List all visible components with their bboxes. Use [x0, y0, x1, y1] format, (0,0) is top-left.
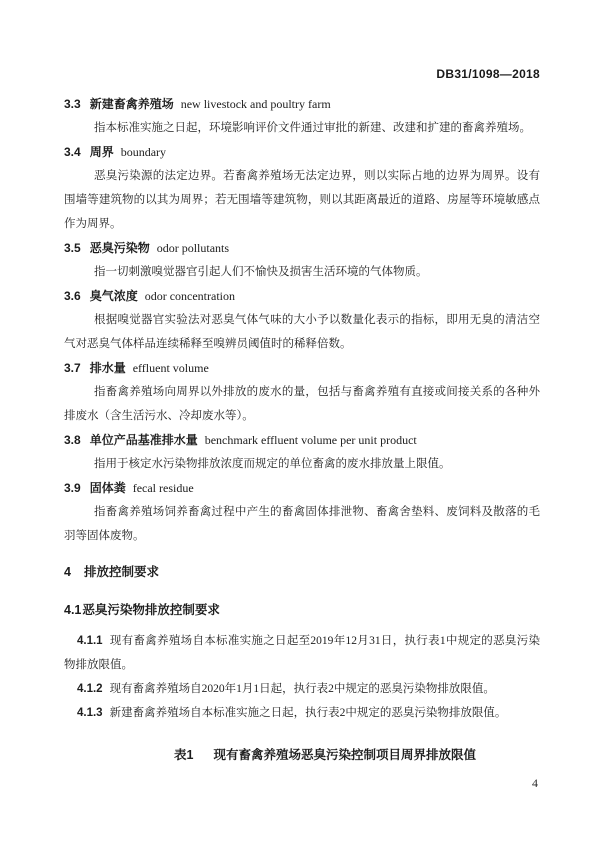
definition-text: 指一切刺激嗅觉器官引起人们不愉快及损害生活环境的气体物质。 — [64, 260, 540, 284]
term-english: odor concentration — [145, 289, 235, 303]
clause-number: 3.4 — [64, 145, 81, 159]
clause-text: 现有畜禽养殖场自本标准实施之日起至2019年12月31日，执行表1中规定的恶臭污… — [64, 635, 540, 671]
section-4-heading: 4排放控制要求 — [64, 560, 540, 584]
definition-3-5: 3.5恶臭污染物odor pollutants 指一切刺激嗅觉器官引起人们不愉快… — [64, 236, 540, 284]
term-chinese: 臭气浓度 — [90, 289, 138, 303]
clause-4-1-1: 4.1.1现有畜禽养殖场自本标准实施之日起至2019年12月31日，执行表1中规… — [64, 629, 540, 677]
clause-number: 4.1.2 — [77, 683, 103, 695]
clause-number: 3.7 — [64, 361, 81, 375]
clause-4-1-2: 4.1.2现有畜禽养殖场自2020年1月1日起，执行表2中规定的恶臭污染物排放限… — [64, 677, 540, 701]
term-english: fecal residue — [133, 481, 194, 495]
clause-number: 3.3 — [64, 97, 81, 111]
definition-term-heading: 3.6臭气浓度odor concentration — [64, 284, 540, 308]
section-number: 4 — [64, 565, 71, 579]
term-chinese: 排水量 — [90, 361, 126, 375]
definition-term-heading: 3.9固体粪fecal residue — [64, 476, 540, 500]
table1-caption: 表1 现有畜禽养殖场恶臭污染控制项目周界排放限值 — [64, 747, 540, 763]
term-chinese: 单位产品基准排水量 — [90, 433, 198, 447]
subsection-number: 4.1 — [64, 603, 81, 617]
term-chinese: 恶臭污染物 — [90, 241, 150, 255]
definition-text: 恶臭污染源的法定边界。若畜禽养殖场无法定边界，则以实际占地的边界为周界。设有围墙… — [64, 164, 540, 236]
clause-number: 3.6 — [64, 289, 81, 303]
definition-3-8: 3.8单位产品基准排水量benchmark effluent volume pe… — [64, 428, 540, 476]
section-title: 排放控制要求 — [84, 565, 159, 579]
definition-term-heading: 3.3新建畜禽养殖场new livestock and poultry farm — [64, 92, 540, 116]
document-page: DB31/1098—2018 3.3新建畜禽养殖场new livestock a… — [0, 0, 600, 848]
clause-number: 3.9 — [64, 481, 81, 495]
definition-text: 指本标准实施之日起，环境影响评价文件通过审批的新建、改建和扩建的畜禽养殖场。 — [64, 116, 540, 140]
table1-label: 表1 — [174, 747, 193, 763]
definition-term-heading: 3.7排水量effluent volume — [64, 356, 540, 380]
subsection-title: 恶臭污染物排放控制要求 — [82, 603, 220, 617]
definition-term-heading: 3.5恶臭污染物odor pollutants — [64, 236, 540, 260]
term-english: odor pollutants — [157, 241, 229, 255]
term-chinese: 新建畜禽养殖场 — [90, 97, 174, 111]
page-number: 4 — [532, 776, 538, 791]
standard-number: DB31/1098—2018 — [64, 66, 540, 82]
clause-4-1-3: 4.1.3新建畜禽养殖场自本标准实施之日起，执行表2中规定的恶臭污染物排放限值。 — [64, 701, 540, 725]
definition-3-4: 3.4周界boundary 恶臭污染源的法定边界。若畜禽养殖场无法定边界，则以实… — [64, 140, 540, 236]
definition-text: 根据嗅觉器官实验法对恶臭气体气味的大小予以数量化表示的指标，即用无臭的清洁空气对… — [64, 308, 540, 356]
term-chinese: 固体粪 — [90, 481, 126, 495]
clause-list: 4.1.1现有畜禽养殖场自本标准实施之日起至2019年12月31日，执行表1中规… — [64, 629, 540, 725]
definition-text: 指畜禽养殖场向周界以外排放的废水的量，包括与畜禽养殖有直接或间接关系的各种外排废… — [64, 380, 540, 428]
page-content: DB31/1098—2018 3.3新建畜禽养殖场new livestock a… — [64, 66, 540, 763]
term-english: new livestock and poultry farm — [181, 97, 331, 111]
clause-number: 4.1.1 — [77, 635, 103, 647]
clause-number: 3.8 — [64, 433, 81, 447]
definition-term-heading: 3.4周界boundary — [64, 140, 540, 164]
clause-text: 现有畜禽养殖场自2020年1月1日起，执行表2中规定的恶臭污染物排放限值。 — [110, 683, 495, 695]
definition-text: 指畜禽养殖场饲养畜禽过程中产生的畜禽固体排泄物、畜禽舍垫料、废饲料及散落的毛羽等… — [64, 500, 540, 548]
term-english: effluent volume — [133, 361, 209, 375]
definition-3-6: 3.6臭气浓度odor concentration 根据嗅觉器官实验法对恶臭气体… — [64, 284, 540, 356]
term-english: benchmark effluent volume per unit produ… — [205, 433, 417, 447]
definition-3-7: 3.7排水量effluent volume 指畜禽养殖场向周界以外排放的废水的量… — [64, 356, 540, 428]
clause-number: 3.5 — [64, 241, 81, 255]
definition-3-3: 3.3新建畜禽养殖场new livestock and poultry farm… — [64, 92, 540, 140]
term-chinese: 周界 — [90, 145, 114, 159]
section-4-1-heading: 4.1恶臭污染物排放控制要求 — [64, 598, 540, 622]
term-english: boundary — [121, 145, 166, 159]
clause-text: 新建畜禽养殖场自本标准实施之日起，执行表2中规定的恶臭污染物排放限值。 — [110, 707, 507, 719]
definition-text: 指用于核定水污染物排放浓度而规定的单位畜禽的废水排放量上限值。 — [64, 452, 540, 476]
table1-title: 现有畜禽养殖场恶臭污染控制项目周界排放限值 — [213, 747, 476, 763]
definition-3-9: 3.9固体粪fecal residue 指畜禽养殖场饲养畜禽过程中产生的畜禽固体… — [64, 476, 540, 548]
clause-number: 4.1.3 — [77, 707, 103, 719]
definition-term-heading: 3.8单位产品基准排水量benchmark effluent volume pe… — [64, 428, 540, 452]
